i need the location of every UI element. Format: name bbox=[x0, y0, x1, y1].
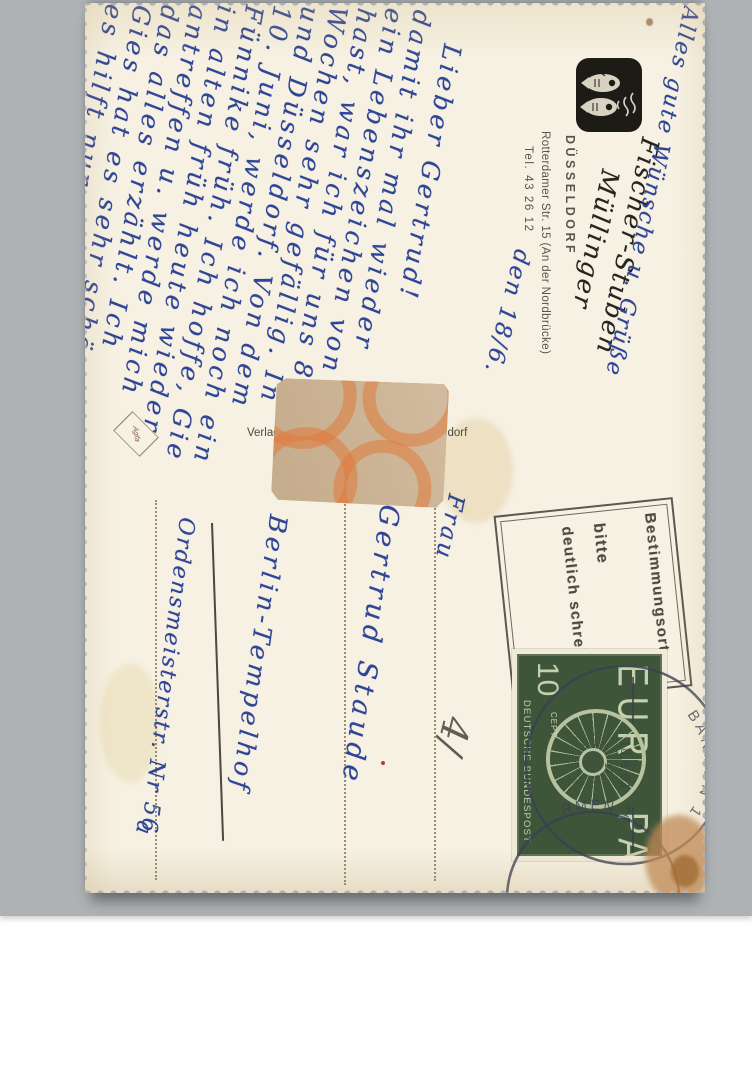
handwritten-date: den 18/6. bbox=[479, 247, 535, 377]
postmark-town-2: RMEN 1 bbox=[559, 796, 637, 821]
svg-text:RMEN 1: RMEN 1 bbox=[559, 796, 637, 821]
postmark-time: - 17 bbox=[602, 756, 614, 775]
postcard: DÜSSELDORF Rotterdamer Str. 15 (An der N… bbox=[85, 3, 705, 893]
corner-stain-dark bbox=[671, 855, 699, 887]
postcard-scan: DÜSSELDORF Rotterdamer Str. 15 (An der N… bbox=[0, 0, 752, 1072]
imprint-phone: Tel. 43 26 12 bbox=[522, 146, 534, 233]
svg-text:BARMEN 1: BARMEN 1 bbox=[684, 707, 705, 823]
postmark-town: BARMEN 1 bbox=[684, 707, 705, 823]
address-rule-2 bbox=[344, 493, 346, 885]
fischer-stuben-logo bbox=[575, 57, 643, 133]
tape-patch bbox=[271, 378, 449, 508]
tape-orange-arc bbox=[361, 378, 449, 448]
address-city: Berlin-Tempelhof bbox=[225, 513, 293, 796]
postmark-date: 18.6.61 bbox=[618, 740, 633, 790]
imprint-street: Rotterdamer Str. 15 (An der Nordbrücke) bbox=[539, 131, 551, 354]
imprint-city: DÜSSELDORF bbox=[563, 135, 577, 256]
address-city-underline bbox=[211, 523, 224, 841]
fleck bbox=[646, 18, 653, 26]
red-fleck bbox=[381, 761, 385, 765]
tape-orange-arc bbox=[271, 425, 360, 508]
